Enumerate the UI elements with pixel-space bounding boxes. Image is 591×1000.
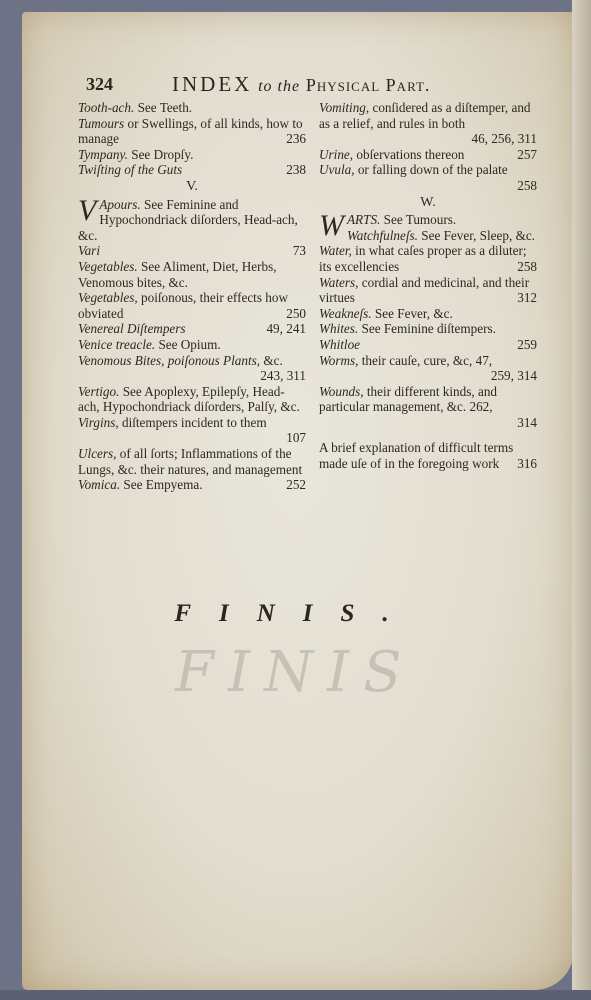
index-entry: Twiſting of the Guts238 [78,162,306,178]
text-span: Virgins, [78,415,119,430]
index-entry: Venomous Bites, poiſonous Plants, &c.243… [78,353,306,384]
text-span: Vegetables, [78,290,138,305]
text-span: Vomiting, [319,100,369,115]
page-ref: 250 [286,306,306,322]
text-span: diſtempers incident to them [119,415,267,430]
text-span: Wounds, [319,384,364,399]
text-span: INDEX [172,72,252,96]
text-span: Vegetables. [78,259,138,274]
text-span: Tooth-ach. [78,100,134,115]
page-ref: 46, 256, 311 [472,131,537,147]
index-entry: Tooth-ach. See Teeth. [78,100,306,116]
text-span: Venice treacle. [78,337,155,352]
index-entry: Ulcers, of all ſorts; Inflammations of t… [78,446,306,477]
text-span: Venereal Diſtempers [78,321,186,336]
text-span: See Feminine diſtempers. [358,321,496,336]
text-span: their cauſe, cure, &c, 47, [358,353,492,368]
page-ref: 257 [517,147,537,163]
text-span: Worms, [319,353,358,368]
text-span: Physical Part. [306,75,431,95]
book-spine [572,0,591,1000]
index-entry: Vegetables. See Aliment, Diet, Herbs, Ve… [78,259,306,290]
page-ref: 259 [517,337,537,353]
drop-cap: V [78,199,96,223]
index-entry: Whites. See Feminine diſtempers. [319,321,537,337]
bleed-through-script: FINIS [175,640,435,700]
page-number: 324 [86,74,113,95]
page-ref: 107 [286,430,306,446]
page-ref: 49, 241 [266,321,306,337]
appendix-entry: A brief explanation of difficult terms m… [319,440,537,471]
index-entry: Tympany. See Dropſy. [78,147,306,163]
page-ref: 236 [286,131,306,147]
text-span: to the [258,78,300,95]
page-ref: 314 [517,415,537,431]
text-span: obſervations thereon [353,147,464,162]
index-entry: Water, in what caſes proper as a diluter… [319,243,537,274]
index-entry: Venereal Diſtempers49, 241 [78,321,306,337]
index-entry: Wounds, their different kinds, and parti… [319,384,537,431]
text-span: &c. [260,353,283,368]
text-span: See Dropſy. [128,147,193,162]
drop-cap: W [319,214,344,238]
page-ref: 312 [517,290,537,306]
text-span: Whites. [319,321,358,336]
index-entry: VApours. See Feminine and Hypochondriack… [78,197,306,244]
page-ref: 243, 311 [260,368,306,384]
text-span: Vari [78,243,100,258]
page-ref: 258 [517,178,537,194]
text-span: Whitloe [319,337,360,352]
text-span: Uvula, [319,162,355,177]
index-column-right: Vomiting, conſidered as a diſtemper, and… [319,100,537,472]
text-span: Tumours [78,116,124,131]
page-header: 324 INDEX to the Physical Part. [86,72,536,98]
text-span: Vertigo. [78,384,119,399]
background-surface [0,990,591,1000]
page-ref: 73 [293,243,306,259]
index-entry: Vertigo. See Apoplexy, Epilepſy, Head-ac… [78,384,306,415]
text-span: See Tumours. [380,212,456,227]
index-entry: Vari73 [78,243,306,259]
text-span: Urine, [319,147,353,162]
text-span: Waters, [319,275,358,290]
text-span: Ulcers, [78,446,116,461]
finis-heading: FINIS. [0,600,591,628]
index-entry: Whitloe259 [319,337,537,353]
text-span: Weakneſs. [319,306,372,321]
index-entry: Uvula, or falling down of the palate258 [319,162,537,193]
text-span: ARTS. [347,212,380,227]
text-span: Tympany. [78,147,128,162]
index-entry: Urine, obſervations thereon257 [319,147,537,163]
text-span: Watchfulneſs. [347,228,418,243]
index-entry: Worms, their cauſe, cure, &c, 47,259, 31… [319,353,537,384]
text-span: Apours. [99,197,140,212]
text-span: See Teeth. [134,100,192,115]
text-span: See Empyema. [120,477,202,492]
index-entry: Virgins, diſtempers incident to them107 [78,415,306,446]
text-span: A brief explanation of difficult terms m… [319,440,513,471]
section-letter-w: W. [319,195,537,211]
text-span: Water, [319,243,352,258]
text-span: See Opium. [155,337,221,352]
page-title: INDEX to the Physical Part. [172,72,430,97]
text-span: Venomous Bites, poiſonous Plants, [78,353,260,368]
index-entry: Vegetables, poiſonous, their effects how… [78,290,306,321]
index-entry: Vomiting, conſidered as a diſtemper, and… [319,100,537,147]
index-column-left: Tooth-ach. See Teeth. Tumours or Swellin… [78,100,306,493]
text-span: Vomica. [78,477,120,492]
index-entry: Waters, cordial and medicinal, and their… [319,275,537,306]
text-span: Twiſting of the Guts [78,162,182,177]
index-entry: Weakneſs. See Fever, &c. [319,306,537,322]
page-ref: 316 [517,456,537,472]
page-ref: 238 [286,162,306,178]
text-span: See Fever, &c. [372,306,453,321]
index-entry: WARTS. See Tumours.Watchfulneſs. See Fev… [319,212,537,243]
text-span: or falling down of the palate [355,162,508,177]
index-entry: Tumours or Swellings, of all kinds, how … [78,116,306,147]
index-entry: Vomica. See Empyema. [78,477,306,493]
text-span: See Fever, Sleep, &c. [418,228,535,243]
section-letter-v: V. [78,179,306,195]
page-ref: 259, 314 [491,368,537,384]
page-ref: 258 [517,259,537,275]
index-entry: Venice treacle. See Opium. [78,337,306,353]
